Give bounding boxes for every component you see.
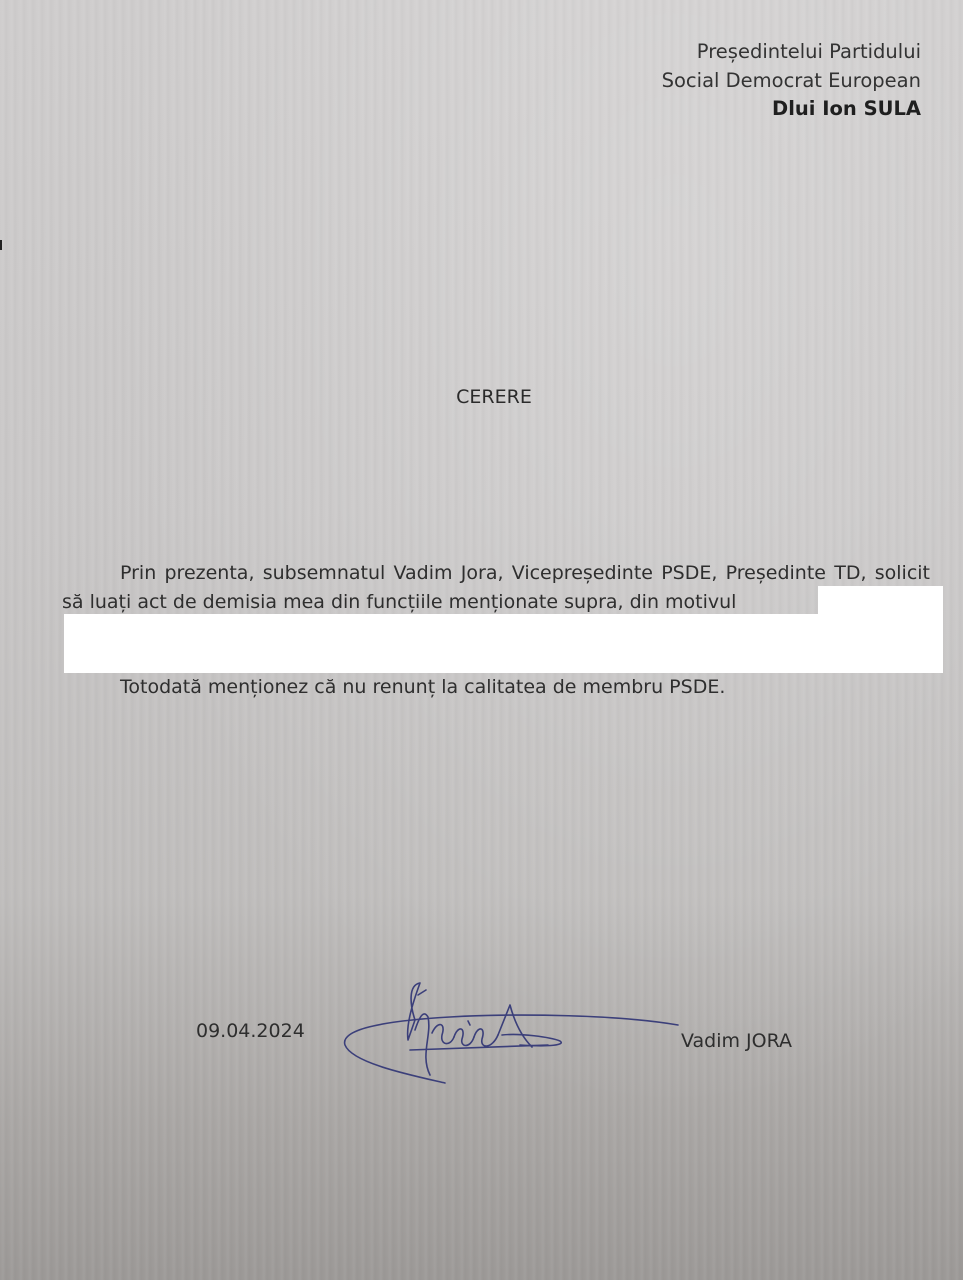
redaction-box-inline [818, 586, 943, 616]
document-title: CERERE [0, 386, 963, 408]
addressee-name: Dlui Ion SULA [662, 95, 921, 124]
membership-statement: Totodată menționez că nu renunț la calit… [120, 676, 725, 698]
request-paragraph: Prin prezenta, subsemnatul Vadim Jora, V… [62, 559, 930, 617]
addressee-line-1: Președintelui Partidului [662, 38, 921, 67]
addressee-line-2: Social Democrat European [662, 67, 921, 96]
page-edge-mark [0, 240, 2, 250]
signature-icon [320, 975, 680, 1090]
redaction-box [64, 614, 943, 673]
signer-name: Vadim JORA [681, 1030, 792, 1052]
request-text: Prin prezenta, subsemnatul Vadim Jora, V… [62, 562, 930, 613]
document-date: 09.04.2024 [196, 1020, 305, 1042]
addressee-block: Președintelui Partidului Social Democrat… [662, 38, 921, 124]
